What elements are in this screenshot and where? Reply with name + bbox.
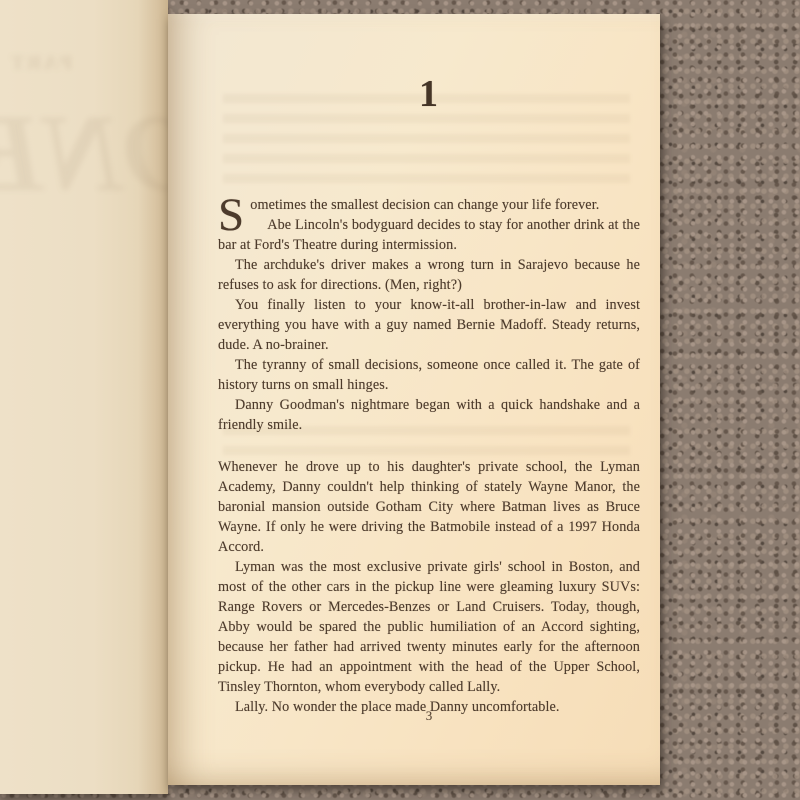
body-text: Sometimes the smallest decision can chan…	[218, 195, 640, 717]
drop-cap: S	[218, 195, 250, 232]
showthrough-text-part: PART	[8, 52, 72, 75]
paragraph: Abe Lincoln's bodyguard decides to stay …	[218, 215, 640, 255]
paragraph: Danny Goodman's nightmare began with a q…	[218, 395, 640, 435]
page-number: 3	[218, 708, 640, 724]
paragraph: The tyranny of small decisions, someone …	[218, 355, 640, 395]
paragraph: Whenever he drove up to his daughter's p…	[218, 457, 640, 557]
photo-of-book-page: { "book_page": { "chapter_number": "1", …	[0, 0, 800, 800]
paragraph: The archduke's driver makes a wrong turn…	[218, 255, 640, 295]
chapter-number: 1	[218, 72, 640, 116]
book-page: 1 Sometimes the smallest decision can ch…	[168, 14, 660, 785]
section-second: Whenever he drove up to his daughter's p…	[218, 457, 640, 717]
paragraph: You finally listen to your know-it-all b…	[218, 295, 640, 355]
paragraph: Lyman was the most exclusive private gir…	[218, 557, 640, 697]
previous-page-edge: PART ONE	[0, 0, 168, 794]
section-opening: Sometimes the smallest decision can chan…	[218, 195, 640, 435]
paragraph: Sometimes the smallest decision can chan…	[218, 195, 640, 215]
